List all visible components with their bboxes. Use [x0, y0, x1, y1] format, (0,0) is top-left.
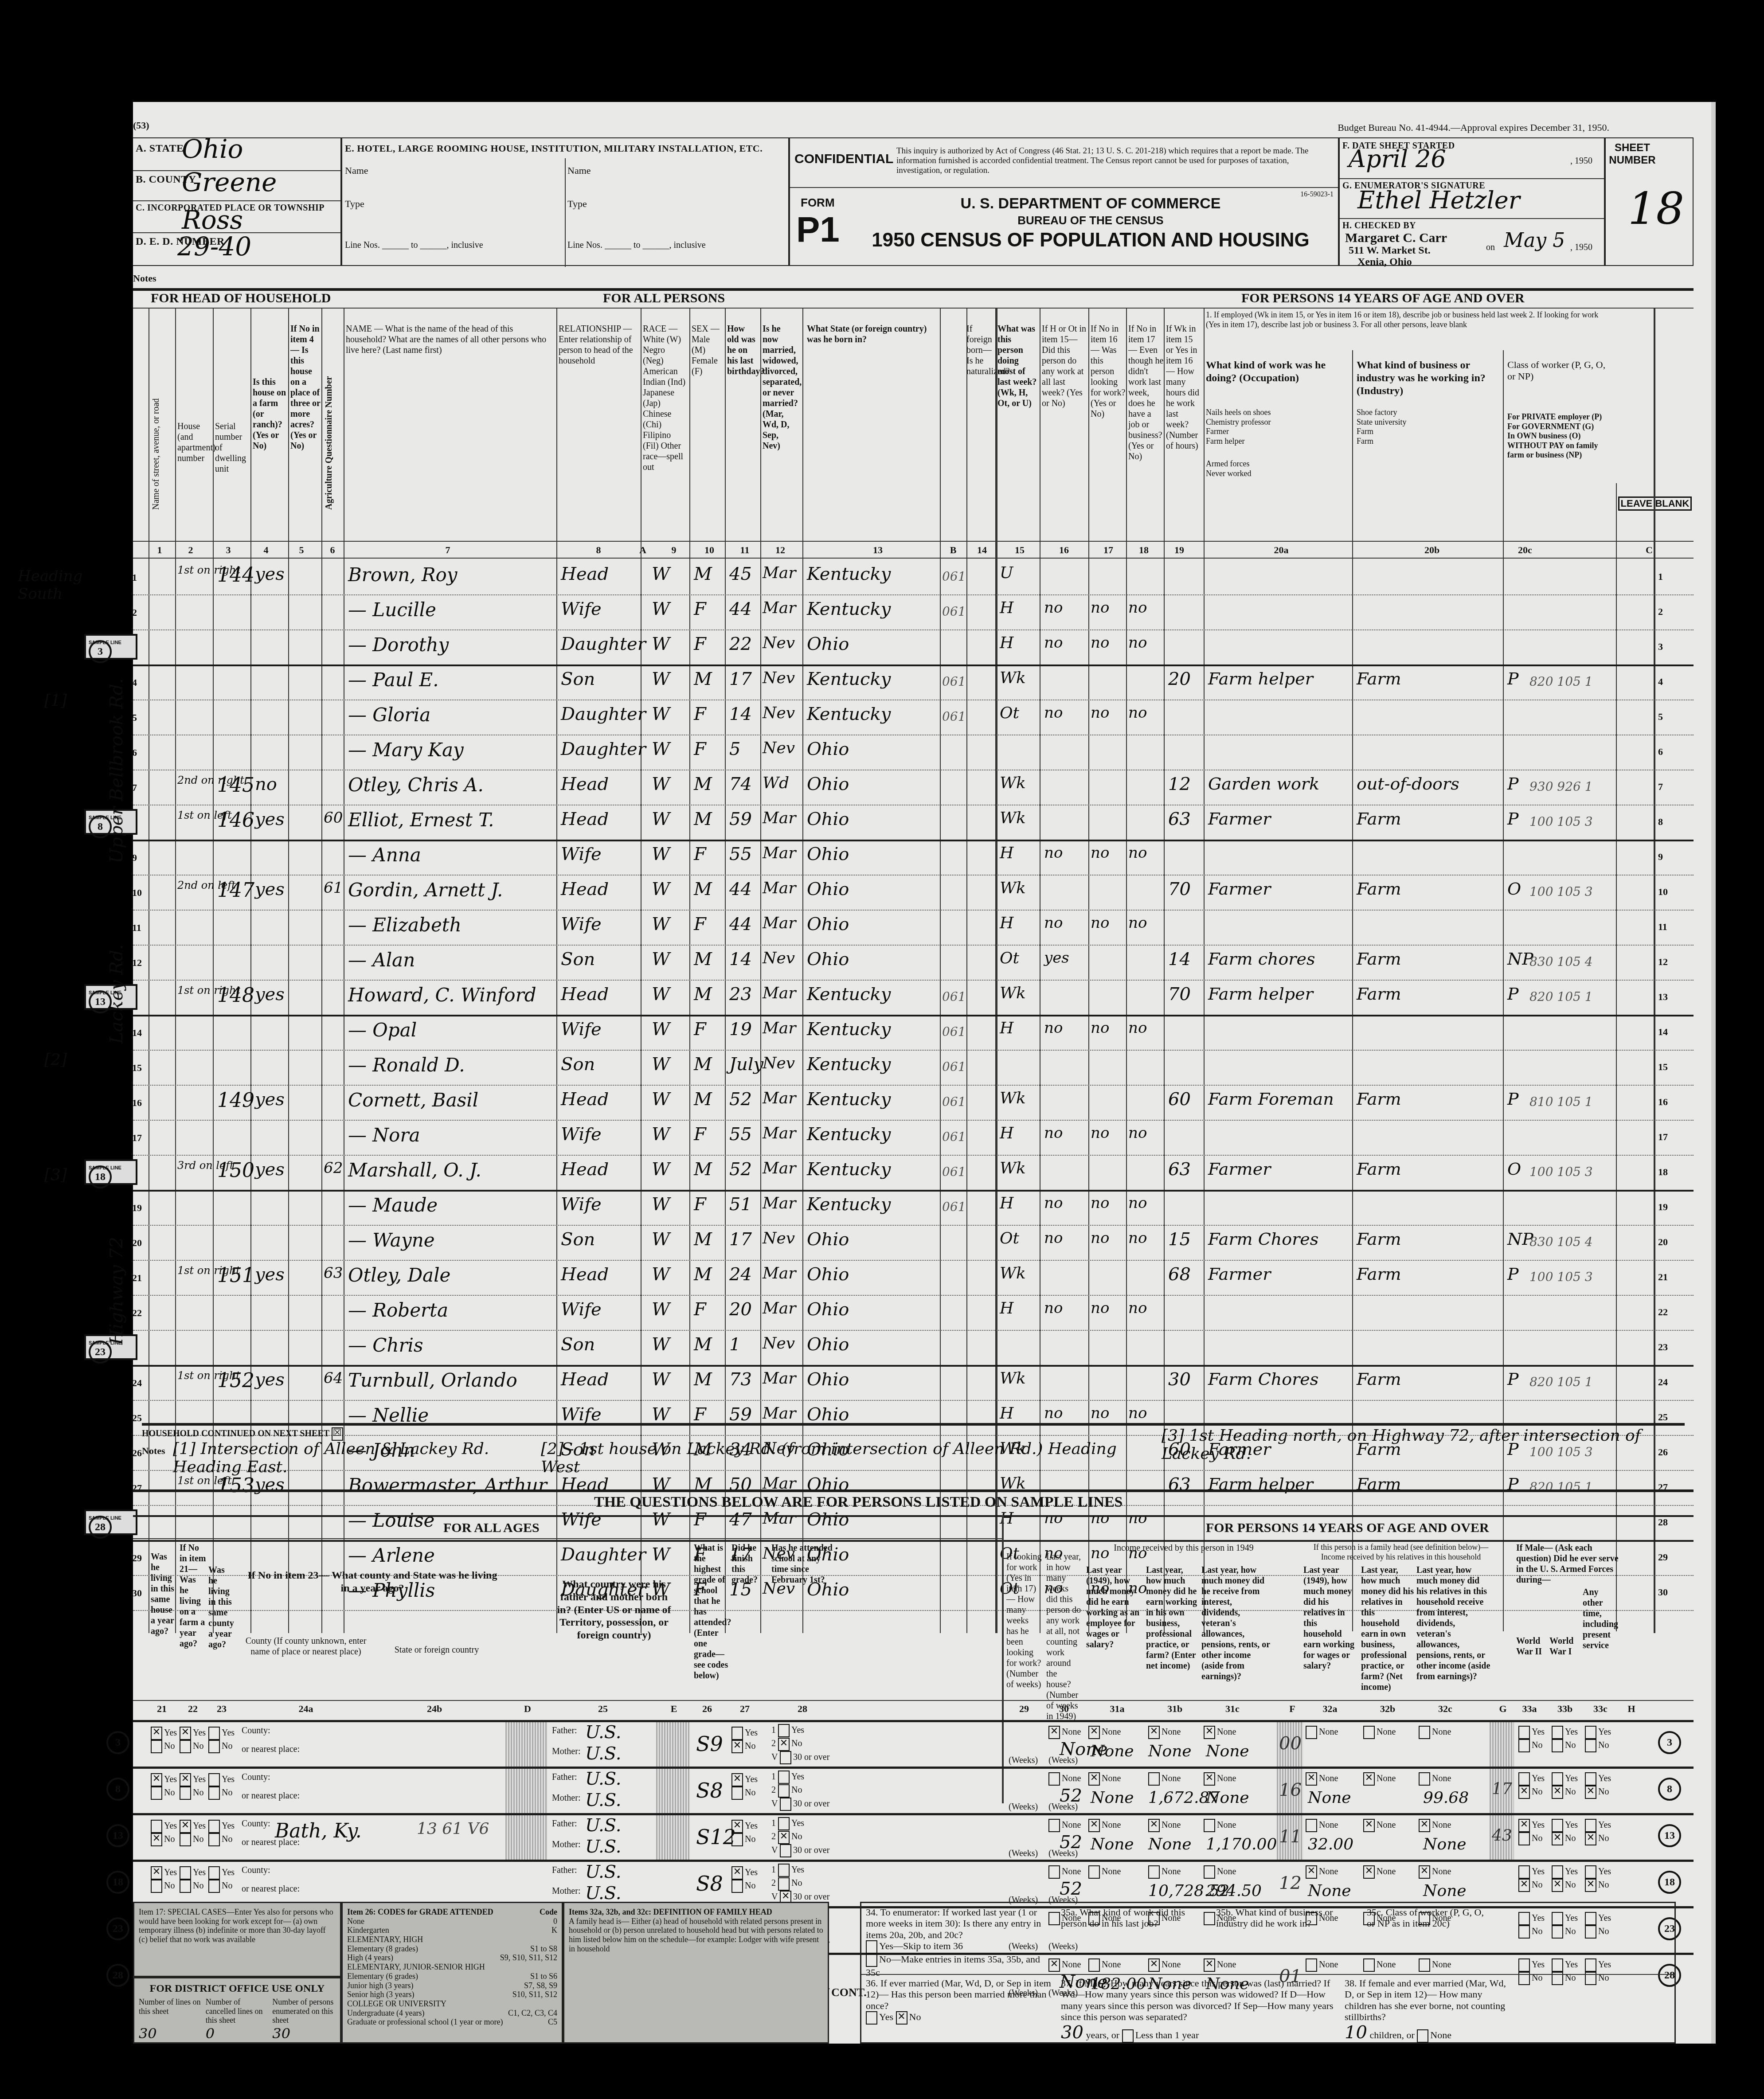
birthplace: Kentucky [807, 1159, 891, 1180]
other-income[interactable]: None [1204, 1819, 1236, 1832]
person-row: 211st on right151yes63Otley, DaleHeadWM2… [133, 1260, 1694, 1296]
person-name: Gordin, Arnett J. [348, 879, 503, 901]
department: U. S. DEPARTMENT OF COMMERCE [861, 195, 1320, 212]
wages-income[interactable]: ✕None [1088, 1772, 1121, 1786]
line-number-right: 8 [1658, 816, 1663, 828]
line-number: 21 [132, 1272, 142, 1284]
sex: M [694, 1089, 712, 1110]
col-30-header: Last year, in how many weeks did this pe… [1046, 1552, 1082, 1722]
inst-lines-1: Line Nos. ______ to ______, inclusive [345, 240, 483, 250]
race: W [652, 1369, 670, 1390]
line-number-right: 4 [1658, 676, 1663, 688]
coding: 100 105 3 [1529, 884, 1593, 899]
sample-all-ages: FOR ALL AGES [443, 1521, 540, 1536]
birthplace: Ohio [807, 1299, 849, 1320]
inst-name-label-1: Name [345, 165, 368, 176]
institution-block: e. HOTEL, LARGE ROOMING HOUSE, INSTITUTI… [341, 137, 789, 266]
class-of-worker: P [1507, 984, 1519, 1004]
activity: Wk [1000, 1089, 1026, 1107]
state-value: Ohio [182, 134, 243, 164]
birthplace: Ohio [807, 1404, 849, 1425]
industry-examples: Shoe factory State university Farm Farm [1357, 408, 1498, 446]
q21-answer[interactable]: Yes✕No [151, 1820, 177, 1846]
line-number-right: 2 [1658, 606, 1663, 618]
line-number: 1 [132, 572, 137, 583]
q36-no-checkbox[interactable]: ✕ [896, 2011, 907, 2025]
line-number: 15 [132, 1062, 142, 1074]
census-sheet: Budget Bureau No. 41-4944.—Approval expi… [133, 102, 1716, 2044]
col-23-header: Was he living in this same county a year… [208, 1565, 235, 1650]
relatives-wages[interactable]: ✕None [1306, 1772, 1338, 1786]
marital-status: Nev [763, 1229, 795, 1247]
checked-address-1: 511 W. Market St. [1349, 245, 1431, 257]
line-number: 25 [132, 1412, 142, 1424]
person-row: 11st on right144yesBrown, RoyHeadWM45Mar… [133, 559, 1694, 595]
line-number-right: 15 [1658, 1061, 1668, 1073]
grade-code-row: Senior high (3 years)S10, S11, S12 [347, 1990, 557, 1999]
marital-status: Nev [763, 1054, 795, 1072]
other-service[interactable]: Yes✕No [1585, 1819, 1611, 1845]
age: 17 [729, 1229, 752, 1250]
age: 24 [729, 1264, 752, 1285]
relatives-wages-value: 32.00 [1308, 1835, 1353, 1853]
has-job: no [1128, 1019, 1147, 1037]
leave-blank-f: 00 [1279, 1733, 1302, 1754]
relatives-business[interactable]: None [1363, 1726, 1396, 1739]
race: W [652, 1334, 670, 1355]
sample-row: 13 Yes✕No ✕YesNo YesNo County: or neares… [133, 1813, 1694, 1862]
relationship: Head [561, 1264, 609, 1285]
class-of-worker: P [1507, 1264, 1519, 1284]
other-service[interactable]: YesNo [1585, 1726, 1611, 1752]
activity: Wk [1000, 1264, 1026, 1282]
district-office-box: FOR DISTRICT OFFICE USE ONLY Number of l… [133, 1977, 341, 2044]
line-number: 20 [132, 1237, 142, 1249]
sex: F [694, 1124, 706, 1145]
col-1-header: Name of street, avenue, or road [151, 324, 177, 510]
cancelled-lines: 0 [206, 2025, 269, 2042]
county-label: County: [242, 1772, 270, 1782]
birthplace: Ohio [807, 634, 849, 654]
birthplace: Kentucky [807, 1089, 891, 1110]
activity: Wk [1000, 774, 1026, 792]
person-row: 16149yesCornett, BasilHeadWM52MarKentuck… [133, 1085, 1694, 1121]
relationship: Wife [561, 1194, 602, 1215]
age: 44 [729, 599, 752, 619]
wages-income[interactable]: ✕None [1088, 1819, 1121, 1832]
q34-yes-checkbox[interactable] [866, 1940, 877, 1954]
col-19-header: If Wk in item 15 or Yes in item 16— How … [1166, 324, 1201, 451]
race: W [652, 634, 670, 654]
wages-income[interactable]: ✕None [1088, 1726, 1121, 1739]
father-birthplace: U.S. [585, 1769, 621, 1789]
age: 59 [729, 809, 752, 829]
age: 74 [729, 774, 752, 794]
weeks-worked[interactable]: ✕None [1048, 1726, 1081, 1739]
col-9-header: RACE — White (W) Negro (Neg) American In… [643, 324, 687, 473]
farm-answer: yes [255, 984, 285, 1005]
sex: M [694, 984, 712, 1005]
finished-grade[interactable]: ✕YesNo [731, 1773, 758, 1800]
weeks-worked-unit: (Weeks) [1048, 1849, 1078, 1859]
ww1-service[interactable]: Yes✕No [1552, 1772, 1578, 1799]
age: 52 [729, 1159, 752, 1180]
checked-on-date: May 5 [1504, 229, 1565, 252]
leave-blank-b: 061 [942, 1130, 966, 1144]
line-number-right: 12 [1658, 956, 1668, 968]
q21-answer[interactable]: ✕YesNo [151, 1866, 177, 1893]
weeks-worked[interactable]: None [1048, 1819, 1081, 1832]
ww1-service[interactable]: YesNo [1552, 1726, 1578, 1752]
marital-status: Mar [763, 1299, 796, 1317]
marital-status: Mar [763, 1089, 796, 1107]
line-number-right: 13 [1658, 991, 1668, 1003]
household-continued-checkbox[interactable]: ☒ [332, 1427, 343, 1441]
persons-enumerated: 30 [272, 2025, 336, 2042]
col-29-header: If looking for work (Yes in item 17)— Ho… [1006, 1552, 1042, 1690]
activity: Wk [1000, 809, 1026, 827]
q23-answer[interactable]: YesNo [208, 1727, 235, 1753]
farm-answer: yes [255, 564, 285, 584]
question-35a: 35a. What kind of work did this person d… [1061, 1907, 1207, 1929]
farm-answer: yes [255, 809, 285, 829]
col-18-header: If No in item 17— Even though he didn't … [1128, 324, 1164, 462]
col-26-header: What is the highest grade of school that… [694, 1543, 729, 1681]
state-label: a. STATE [136, 143, 184, 155]
highest-grade: S12 [696, 1825, 736, 1849]
age: 1 [729, 1334, 740, 1355]
father-label: Father: [552, 1819, 577, 1829]
attended-school[interactable]: 1 Yes2 NoV 30 or over [771, 1771, 829, 1811]
father-birthplace: U.S. [585, 1862, 621, 1882]
person-row: 2— LucilleWifeWF44MarKentucky061Hnonono2 [133, 594, 1694, 630]
other-income-value: None [1206, 1742, 1249, 1760]
has-job: no [1128, 1299, 1147, 1317]
leave-blank-b: 061 [942, 709, 966, 724]
person-name: Elliot, Ernest T. [348, 809, 494, 831]
form-label: FORM [801, 196, 835, 210]
relatives-other[interactable]: None [1419, 1772, 1451, 1786]
other-income-value: 294.50 [1206, 1882, 1262, 1900]
occupation-instructions: 1. If employed (Wk in item 15, or Yes in… [1206, 310, 1605, 329]
race: W [652, 739, 670, 759]
father-label: Father: [552, 1772, 577, 1782]
ww2-service[interactable]: ✕YesNo [1518, 1819, 1545, 1845]
line-number-right: 10 [1658, 886, 1668, 898]
has-job: no [1128, 844, 1147, 862]
line-number: 24 [132, 1377, 142, 1389]
q21-answer[interactable]: ✕YesNo [151, 1727, 177, 1753]
weeks-worked-unit: (Weeks) [1048, 1802, 1078, 1812]
did-work: no [1044, 634, 1063, 652]
person-name: — Dorothy [348, 634, 449, 656]
weeks-worked[interactable]: None [1048, 1865, 1081, 1879]
col-25-header: What country were his father and mother … [552, 1578, 676, 1642]
q37-less-checkbox[interactable] [1122, 2029, 1134, 2043]
relationship: Wife [561, 599, 602, 619]
occupation: Garden work [1208, 774, 1319, 793]
weeks-worked[interactable]: None [1048, 1772, 1081, 1786]
coding: 830 105 4 [1529, 954, 1593, 969]
sample-row: 18 ✕YesNo YesNo YesNo County: or nearest… [133, 1860, 1694, 1908]
q23-answer[interactable]: YesNo [208, 1820, 235, 1846]
col-24-header: If No in item 23— What county and State … [244, 1569, 501, 1595]
line-number: 22 [132, 1307, 142, 1319]
leave-blank-b: 061 [942, 1059, 966, 1074]
line-number: 19 [132, 1202, 142, 1214]
col-6-header: Agriculture Questionnaire Number [324, 324, 341, 510]
other-income[interactable]: None [1204, 1865, 1236, 1879]
line-number: 7 [132, 782, 137, 793]
q22-answer[interactable]: ✕YesNo [180, 1773, 206, 1800]
sex: F [694, 844, 706, 864]
relationship: Head [561, 1159, 609, 1180]
birthplace: Ohio [807, 844, 849, 864]
ww2-service[interactable]: Yes✕No [1518, 1772, 1545, 1799]
industry: Farm [1357, 984, 1401, 1004]
industry: Farm [1357, 1159, 1401, 1179]
other-service[interactable]: Yes✕No [1585, 1865, 1611, 1892]
birthplace: Ohio [807, 879, 849, 899]
sex: M [694, 1264, 712, 1285]
age: 59 [729, 1404, 752, 1425]
activity: Wk [1000, 669, 1026, 687]
col-3-header: Serial number of dwelling unit [215, 421, 250, 474]
county-value: Bath, Ky. [275, 1820, 362, 1842]
coding: 820 105 1 [1529, 989, 1593, 1004]
age: 44 [729, 914, 752, 934]
age: 52 [729, 1089, 752, 1110]
person-row: SAMPLE LINE18183rd on left150yes62Marsha… [133, 1155, 1694, 1191]
did-work: no [1044, 1404, 1063, 1422]
marital-status: Nev [763, 739, 795, 757]
race: W [652, 949, 670, 969]
ag-number: 63 [324, 1264, 343, 1282]
looking-for-work: no [1091, 1404, 1109, 1422]
person-name: — Elizabeth [348, 914, 462, 936]
county-label: County: [242, 1726, 270, 1736]
other-income-value: None [1206, 1789, 1249, 1807]
relationship: Wife [561, 1299, 602, 1320]
dwelling-number: 148 [217, 984, 254, 1007]
wages-income[interactable]: None [1088, 1865, 1121, 1879]
checked-address-2: Xenia, Ohio [1357, 256, 1412, 268]
finished-grade[interactable]: Yes✕No [731, 1727, 758, 1753]
q36-yes-checkbox[interactable] [866, 2011, 877, 2025]
leave-blank-b: 061 [942, 1165, 966, 1179]
other-income-value: 1,170.00 [1206, 1835, 1277, 1853]
person-row: 4— Paul E.SonWM17NevKentucky061Wk20Farm … [133, 664, 1694, 700]
dwelling-number: 146 [217, 809, 254, 832]
sample-over14: FOR PERSONS 14 YEARS OF AGE AND OVER [1206, 1521, 1489, 1536]
birthplace: Ohio [807, 1369, 849, 1390]
business-income[interactable]: None [1148, 1772, 1181, 1786]
q22-answer[interactable]: ✕YesNo [180, 1727, 206, 1753]
relatives-other[interactable]: ✕None [1419, 1865, 1451, 1879]
leave-blank-g: 43 [1492, 1826, 1512, 1845]
note-3: [3] 1st Heading north, on Highway 72, af… [1162, 1427, 1671, 1463]
margin-road-1: Upper Bellbrook Rd. [106, 678, 127, 863]
q23-answer[interactable]: YesNo [208, 1773, 235, 1800]
business-income[interactable]: ✕None [1148, 1726, 1181, 1739]
did-work: no [1044, 844, 1063, 862]
sample-title: THE QUESTIONS BELOW ARE FOR PERSONS LIST… [594, 1494, 1123, 1511]
birthplace: Ohio [807, 1334, 849, 1355]
dwelling-number: 151 [217, 1264, 254, 1287]
sex: M [694, 1334, 712, 1355]
sex: M [694, 1369, 712, 1390]
q21-answer[interactable]: ✕YesNo [151, 1773, 177, 1800]
sample-line-number-right: 8 [1658, 1778, 1681, 1801]
person-name: Brown, Roy [348, 564, 458, 586]
enumerator-signature: Ethel Hetzler [1357, 186, 1520, 214]
looking-for-work: no [1091, 599, 1109, 617]
confidential-label: CONFIDENTIAL [794, 152, 893, 167]
location-block: a. STATE Ohio b. COUNTY Greene c. INCORP… [133, 137, 341, 266]
looking-for-work: no [1091, 1124, 1109, 1142]
relatives-other[interactable]: ✕None [1419, 1819, 1451, 1832]
other-income[interactable]: ✕None [1204, 1726, 1236, 1739]
birthplace: Kentucky [807, 1194, 891, 1215]
family-head-box: Items 32a, 32b, and 32c: DEFINITION OF F… [563, 1902, 829, 2044]
person-row: SAMPLE LINE13131st on right148yesHoward,… [133, 980, 1694, 1016]
leave-blank-f: 11 [1279, 1826, 1302, 1847]
has-job: no [1128, 599, 1147, 617]
relatives-business[interactable]: ✕None [1363, 1819, 1396, 1832]
class-of-worker: P [1507, 669, 1519, 688]
mother-label: Mother: [552, 1793, 580, 1803]
relationship: Son [561, 669, 595, 689]
marital-status: Mar [763, 1369, 796, 1388]
line-number: 9 [132, 852, 137, 864]
attended-school[interactable]: 1 Yes2 NoV ✕30 or over [771, 1864, 829, 1904]
occupation: Farmer [1208, 879, 1271, 899]
age: 23 [729, 984, 752, 1005]
ww2-service[interactable]: YesNo [1518, 1726, 1545, 1752]
class-of-worker: P [1507, 1369, 1519, 1389]
col-27-header: Did he finish this grade? [731, 1543, 767, 1585]
person-row: 5— GloriaDaughterWF14NevKentucky061Otnon… [133, 700, 1694, 735]
birthplace: Ohio [807, 949, 849, 969]
attended-school[interactable]: 1 Yes2 ✕NoV 30 or over [771, 1817, 829, 1857]
q23-answer[interactable]: YesNo [208, 1866, 235, 1893]
relatives-wages[interactable]: ✕None [1306, 1865, 1338, 1879]
marital-status: Nev [763, 949, 795, 967]
q34-no-checkbox[interactable] [866, 1954, 877, 1967]
sex: F [694, 1019, 706, 1040]
grade-code-row: COLLEGE OR UNIVERSITY [347, 1999, 557, 2009]
weeks-looking-unit: (Weeks) [1009, 1755, 1038, 1766]
highest-grade: S8 [696, 1872, 723, 1896]
other-income[interactable]: ✕None [1204, 1772, 1236, 1786]
supplementary-questions: 34. To enumerator: If worked last year (… [860, 1902, 1676, 2044]
notes-top-label: Notes [133, 273, 156, 284]
line-number: 26 [132, 1447, 142, 1459]
sex: F [694, 739, 706, 759]
marital-status: Mar [763, 1264, 796, 1282]
line-number: 4 [132, 677, 137, 688]
ww1-service[interactable]: Yes✕No [1552, 1865, 1578, 1892]
sample-line-number-right: 3 [1658, 1731, 1681, 1754]
birthplace: Ohio [807, 1229, 849, 1250]
birthplace: Kentucky [807, 599, 891, 619]
line-number: 10 [132, 887, 142, 899]
confidential-text: This inquiry is authorized by Act of Con… [896, 146, 1322, 176]
finished-grade[interactable]: ✕YesNo [731, 1820, 758, 1846]
relationship: Wife [561, 844, 602, 864]
relatives-wages[interactable]: None [1306, 1819, 1338, 1832]
line-number-right: 9 [1658, 851, 1663, 863]
business-value: None [1148, 1835, 1192, 1853]
leave-blank-f: 12 [1279, 1873, 1302, 1893]
age: 17 [729, 669, 752, 689]
margin-mark-3: [3] [44, 1166, 67, 1184]
dwelling-number: 144 [217, 564, 254, 586]
attended-school[interactable]: 1 Yes2 ✕NoV 30 or over [771, 1724, 829, 1764]
hours-worked: 14 [1168, 949, 1191, 969]
coding: 100 105 3 [1529, 1165, 1593, 1179]
grade-code-row: Undergraduate (4 years)C1, C2, C3, C4 [347, 2009, 557, 2018]
col-32c-header: Last year, how much money did his relati… [1416, 1565, 1492, 1682]
age: 51 [729, 1194, 752, 1215]
other-service[interactable]: Yes✕No [1585, 1772, 1611, 1799]
industry: Farm [1357, 669, 1401, 688]
q22-answer[interactable]: ✕YesNo [180, 1820, 206, 1846]
q38-none-checkbox[interactable] [1417, 2029, 1428, 2043]
race: W [652, 564, 670, 584]
marital-status: Mar [763, 1124, 796, 1142]
industry: Farm [1357, 1089, 1401, 1109]
sex: M [694, 774, 712, 794]
race: W [652, 1159, 670, 1180]
ww2-service[interactable]: Yes✕No [1518, 1865, 1545, 1892]
person-row: 11— ElizabethWifeWF44MarOhioHnonono11 [133, 910, 1694, 946]
wages-value: None [1091, 1789, 1134, 1807]
race: W [652, 1124, 670, 1145]
occupation: Farmer [1208, 1264, 1271, 1284]
question-35c: 35c. Class of worker (P, G, O, or NP as … [1367, 1907, 1491, 1929]
sex: M [694, 669, 712, 689]
business-income[interactable]: None [1148, 1865, 1181, 1879]
relationship: Wife [561, 1404, 602, 1425]
sheet-number-label: SHEET NUMBER [1606, 142, 1659, 167]
person-name: — Lucille [348, 599, 436, 621]
race: W [652, 984, 670, 1005]
relatives-wages[interactable]: None [1306, 1726, 1338, 1739]
relatives-business[interactable]: ✕None [1363, 1865, 1396, 1879]
class-of-worker: O [1507, 879, 1521, 899]
finished-grade[interactable]: ✕YesNo [731, 1866, 758, 1893]
relationship: Head [561, 1369, 609, 1390]
activity: H [1000, 634, 1013, 652]
grade-codes-box: Item 26: CODES for GRADE ATTENDEDCode No… [341, 1902, 563, 2044]
margin-mark-1: [1] [44, 692, 67, 710]
institution-label: e. HOTEL, LARGE ROOMING HOUSE, INSTITUTI… [345, 143, 763, 154]
person-name: — Wayne [348, 1229, 435, 1251]
marital-status: Mar [763, 984, 796, 1002]
q22-answer[interactable]: YesNo [180, 1866, 206, 1893]
nearest-place-label: or nearest place: [242, 1791, 300, 1801]
business-income[interactable]: ✕None [1148, 1819, 1181, 1832]
q38-children: 10 [1345, 2022, 1367, 2043]
checked-label: h. CHECKED BY [1342, 221, 1416, 231]
relatives-other[interactable]: None [1419, 1726, 1451, 1739]
relationship: Son [561, 1229, 595, 1250]
ww1-service[interactable]: Yes✕No [1552, 1819, 1578, 1845]
person-row: 19— MaudeWifeWF51MarKentucky061Hnonono19 [133, 1190, 1694, 1226]
relatives-business[interactable]: ✕None [1363, 1772, 1396, 1786]
line-number: 16 [132, 1097, 142, 1109]
